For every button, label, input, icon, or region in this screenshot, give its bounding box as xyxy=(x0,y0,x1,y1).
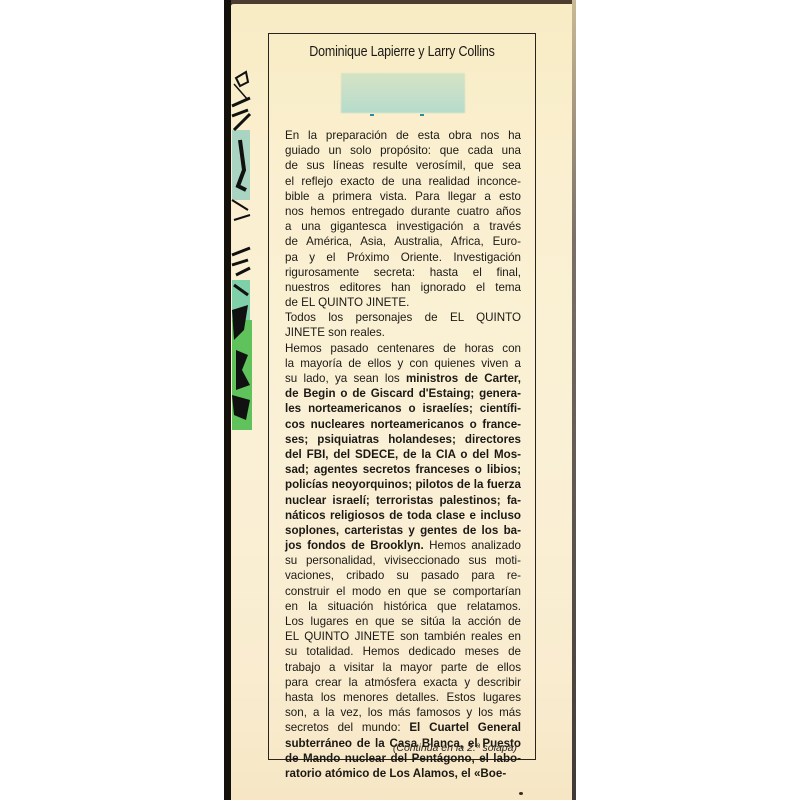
text-line: de Begin o de Giscard d'Estaing; genera- xyxy=(285,386,521,401)
text-run: secretos del mundo: xyxy=(285,721,409,734)
text-line: náticos religiosos de toda clase e inclu… xyxy=(285,508,521,523)
text-line: les norteamericanos o israelíes; científ… xyxy=(285,401,521,416)
text-line: Los lugares en que se sitúa la acción de xyxy=(285,614,521,629)
text-line: rigurosamente secreta: hasta el final, xyxy=(285,265,521,280)
redaction-artifact xyxy=(420,114,424,116)
text-line: nos hemos entregado durante cuatro años xyxy=(285,204,521,219)
text-run: son, a la vez, los más famosos y los más xyxy=(285,706,521,719)
text-line: la mayoría de ellos y con quienes viven … xyxy=(285,356,521,371)
bold-run: del FBI, del SDECE, de la CIA o del Mos- xyxy=(285,448,521,461)
text-line: de América, Asia, Australia, Africa, Eur… xyxy=(285,234,521,249)
text-run: para crear la atmósfera exacta y describ… xyxy=(285,676,521,689)
text-run: nuestros editores han ignorado el tema xyxy=(285,281,521,294)
paper-speck xyxy=(519,792,523,795)
text-run: a una gigantesca investigación a través xyxy=(285,220,521,233)
author-line: Dominique Lapierre y Larry Collins xyxy=(287,44,517,60)
text-run: de América, Asia, Australia, Africa, Eur… xyxy=(285,235,521,248)
text-run: su totalidad. Hemos dedicado meses de xyxy=(285,645,521,658)
text-line: cos nucleares norteamericanos o france- xyxy=(285,417,521,432)
text-run: Hemos pasado centenares de horas con xyxy=(285,342,521,355)
text-run: pa y el Próximo Oriente. Investigación xyxy=(285,251,521,264)
bold-run: policías neoyorquinos; pilotos de la fue… xyxy=(285,478,521,491)
text-run: Hemos analizado xyxy=(424,539,521,552)
text-run: Los lugares en que se sitúa la acción de xyxy=(285,615,521,628)
text-run: su personalidad, viviseccionado sus moti… xyxy=(285,554,521,567)
text-line: construir el modo en que se comportarían xyxy=(285,584,521,599)
text-run: EL QUINTO JINETE son también reales en xyxy=(285,630,521,643)
text-line: del FBI, del SDECE, de la CIA o del Mos- xyxy=(285,447,521,462)
bold-run: sad; agentes secretos franceses o libios… xyxy=(285,463,521,476)
bold-run: ses; psiquiatras holandeses; directores xyxy=(285,433,521,446)
text-line: secretos del mundo: El Cuartel General xyxy=(285,720,521,735)
text-line: de sus líneas resulte verosímil, que sea xyxy=(285,158,521,173)
text-line: bible a primera vista. Para llegar a est… xyxy=(285,189,521,204)
text-run: vaciones, cribado su pasado para re- xyxy=(285,569,521,582)
text-run: de sus líneas resulte verosímil, que sea xyxy=(285,159,521,172)
text-line: su lado, ya sean los ministros de Carter… xyxy=(285,371,521,386)
text-line: trabajo a visitar la mayor parte de ello… xyxy=(285,660,521,675)
text-line: soplones, carteristas y gentes de los ba… xyxy=(285,523,521,538)
text-line: ses; psiquiatras holandeses; directores xyxy=(285,432,521,447)
text-line: vaciones, cribado su pasado para re- xyxy=(285,568,521,583)
text-line: JINETE son reales. xyxy=(285,325,521,340)
text-run: Todos los personajes de EL QUINTO xyxy=(285,311,521,324)
text-run: bible a primera vista. Para llegar a est… xyxy=(285,190,521,203)
text-line: nuestros editores han ignorado el tema xyxy=(285,280,521,295)
text-line: En la preparación de esta obra nos ha xyxy=(285,128,521,143)
text-line: nuclear israelí; terroristas palestinos;… xyxy=(285,493,521,508)
text-line: sad; agentes secretos franceses o libios… xyxy=(285,462,521,477)
text-run: construir el modo en que se comportarían xyxy=(285,585,521,598)
text-line: en la situación histórica que relatamos. xyxy=(285,599,521,614)
bold-run: cos nucleares norteamericanos o france- xyxy=(285,418,521,431)
bold-run: de Begin o de Giscard d'Estaing; genera- xyxy=(285,387,521,400)
text-run: su lado, ya sean los xyxy=(285,372,406,385)
bold-run: ministros de Carter, xyxy=(406,372,521,385)
text-run: de EL QUINTO JINETE. xyxy=(285,296,409,309)
text-line: hasta los menores detalles. Estos lugare… xyxy=(285,690,521,705)
text-run: en la situación histórica que relatamos. xyxy=(285,600,521,613)
bold-run: nuclear israelí; terroristas palestinos;… xyxy=(285,494,521,507)
cover-illustration-strip xyxy=(230,70,254,430)
page-top-edge xyxy=(224,0,576,4)
text-line: ratorio atómico de Los Alamos, el «Boe- xyxy=(285,766,521,781)
text-line: su totalidad. Hemos dedicado meses de xyxy=(285,644,521,659)
text-line: de EL QUINTO JINETE. xyxy=(285,295,521,310)
bold-run: ratorio atómico de Los Alamos, el «Boe- xyxy=(285,767,506,780)
bold-run: jos fondos de Brooklyn. xyxy=(285,539,424,552)
bold-run: les norteamericanos o israelíes; científ… xyxy=(285,402,521,415)
text-line: su personalidad, viviseccionado sus moti… xyxy=(285,553,521,568)
text-run: hasta los menores detalles. Estos lugare… xyxy=(285,691,521,704)
text-line: EL QUINTO JINETE son también reales en xyxy=(285,629,521,644)
text-line: para crear la atmósfera exacta y describ… xyxy=(285,675,521,690)
text-run: En la preparación de esta obra nos ha xyxy=(285,129,521,142)
text-run: guiado un solo propósito: que cada una xyxy=(285,144,521,157)
text-line: Hemos pasado centenares de horas con xyxy=(285,341,521,356)
text-run: rigurosamente secreta: hasta el final, xyxy=(285,266,521,279)
bold-run: náticos religiosos de toda clase e inclu… xyxy=(285,509,521,522)
text-line: policías neoyorquinos; pilotos de la fue… xyxy=(285,477,521,492)
text-line: pa y el Próximo Oriente. Investigación xyxy=(285,250,521,265)
bold-run: El Cuartel General xyxy=(409,721,521,734)
bold-run: soplones, carteristas y gentes de los ba… xyxy=(285,524,521,537)
redaction-artifact xyxy=(370,114,374,116)
text-run: la mayoría de ellos y con quienes viven … xyxy=(285,357,521,370)
redacted-title xyxy=(341,73,465,113)
text-run: el reflejo exacto de una realidad inconc… xyxy=(285,175,521,188)
text-run: nos hemos entregado durante cuatro años xyxy=(285,205,521,218)
text-line: a una gigantesca investigación a través xyxy=(285,219,521,234)
text-line: jos fondos de Brooklyn. Hemos analizado xyxy=(285,538,521,553)
text-line: son, a la vez, los más famosos y los más xyxy=(285,705,521,720)
text-run: trabajo a visitar la mayor parte de ello… xyxy=(285,661,521,674)
continuation-note: (Continúa en la 2.ª solapa) xyxy=(285,742,517,754)
page-right-edge xyxy=(572,0,576,800)
text-run: JINETE son reales. xyxy=(285,326,385,339)
text-line: el reflejo exacto de una realidad inconc… xyxy=(285,174,521,189)
flap-body-text: En la preparación de esta obra nos hagui… xyxy=(285,128,521,781)
text-line: guiado un solo propósito: que cada una xyxy=(285,143,521,158)
text-line: Todos los personajes de EL QUINTO xyxy=(285,310,521,325)
